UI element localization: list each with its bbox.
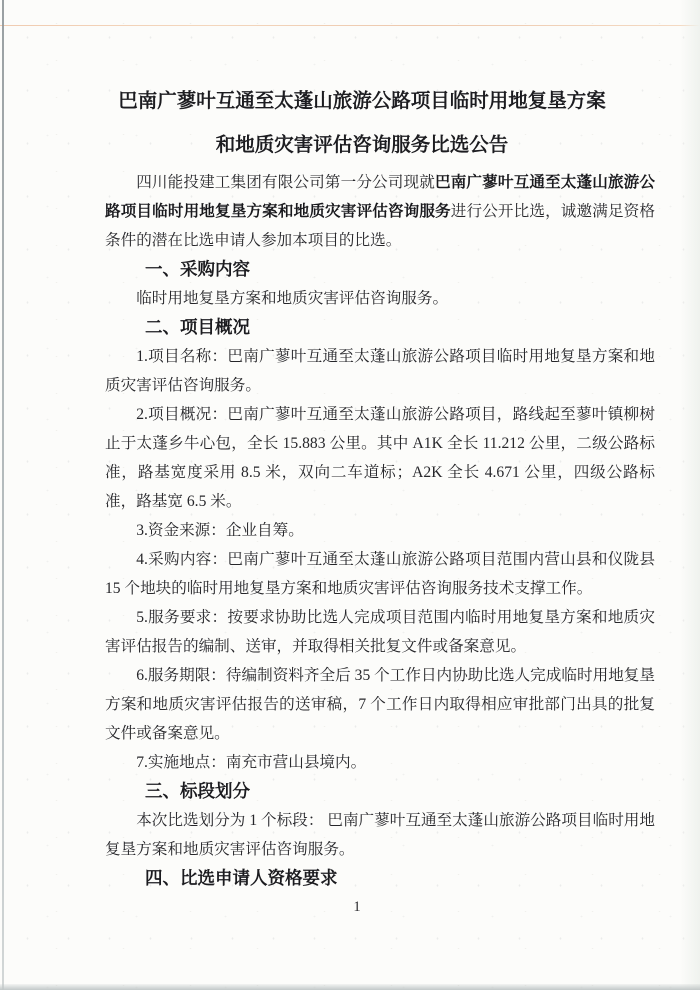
section-heading-applicant-qualifications: 四、比选申请人资格要求 xyxy=(105,864,655,893)
paragraph-funding-source: 3.资金来源：企业自筹。 xyxy=(105,516,655,545)
paragraph-project-name: 1.项目名称：巴南广蓼叶互通至太蓬山旅游公路项目临时用地复垦方案和地质灾害评估咨… xyxy=(105,342,655,400)
section-heading-procurement-content: 一、采购内容 xyxy=(105,255,655,284)
paragraph-implementation-location: 7.实施地点：南充市营山县境内。 xyxy=(105,748,655,777)
document-title-line2: 和地质灾害评估咨询服务比选公告 xyxy=(87,124,637,168)
scan-artifact-right-band xyxy=(680,0,700,990)
paragraph-procurement-scope: 4.采购内容：巴南广蓼叶互通至太蓬山旅游公路项目范围内营山县和仪陇县 15 个地… xyxy=(105,545,655,603)
document-content: 巴南广蓼叶互通至太蓬山旅游公路项目临时用地复垦方案 和地质灾害评估咨询服务比选公… xyxy=(105,80,655,922)
section-heading-project-overview: 二、项目概况 xyxy=(105,313,655,342)
paragraph-procurement-content: 临时用地复垦方案和地质灾害评估咨询服务。 xyxy=(105,284,655,313)
paragraph-bid-sections: 本次比选划分为 1 个标段： 巴南广蓼叶互通至太蓬山旅游公路项目临时用地复垦方案… xyxy=(105,806,655,864)
scan-artifact-left-line xyxy=(2,0,4,990)
paragraph-service-requirements: 5.服务要求：按要求协助比选人完成项目范围内临时用地复垦方案和地质灾害评估报告的… xyxy=(105,603,655,661)
intro-prefix: 四川能投建工集团有限公司第一分公司现就 xyxy=(136,174,435,191)
intro-paragraph: 四川能投建工集团有限公司第一分公司现就巴南广蓼叶互通至太蓬山旅游公路项目临时用地… xyxy=(105,168,655,255)
paragraph-project-overview: 2.项目概况：巴南广蓼叶互通至太蓬山旅游公路项目，路线起至蓼叶镇柳树止于太蓬乡牛… xyxy=(105,400,655,516)
scanned-page: 巴南广蓼叶互通至太蓬山旅游公路项目临时用地复垦方案 和地质灾害评估咨询服务比选公… xyxy=(0,0,700,990)
page-number: 1 xyxy=(82,893,632,922)
document-title-line1: 巴南广蓼叶互通至太蓬山旅游公路项目临时用地复垦方案 xyxy=(87,80,637,124)
paragraph-service-period: 6.服务期限：待编制资料齐全后 35 个工作日内协助比选人完成临时用地复垦方案和… xyxy=(105,661,655,748)
scan-artifact-bottom-band xyxy=(0,984,700,990)
document-title: 巴南广蓼叶互通至太蓬山旅游公路项目临时用地复垦方案 和地质灾害评估咨询服务比选公… xyxy=(87,80,637,168)
section-heading-bid-sections: 三、标段划分 xyxy=(105,777,655,806)
scan-artifact-top-line xyxy=(0,25,700,26)
